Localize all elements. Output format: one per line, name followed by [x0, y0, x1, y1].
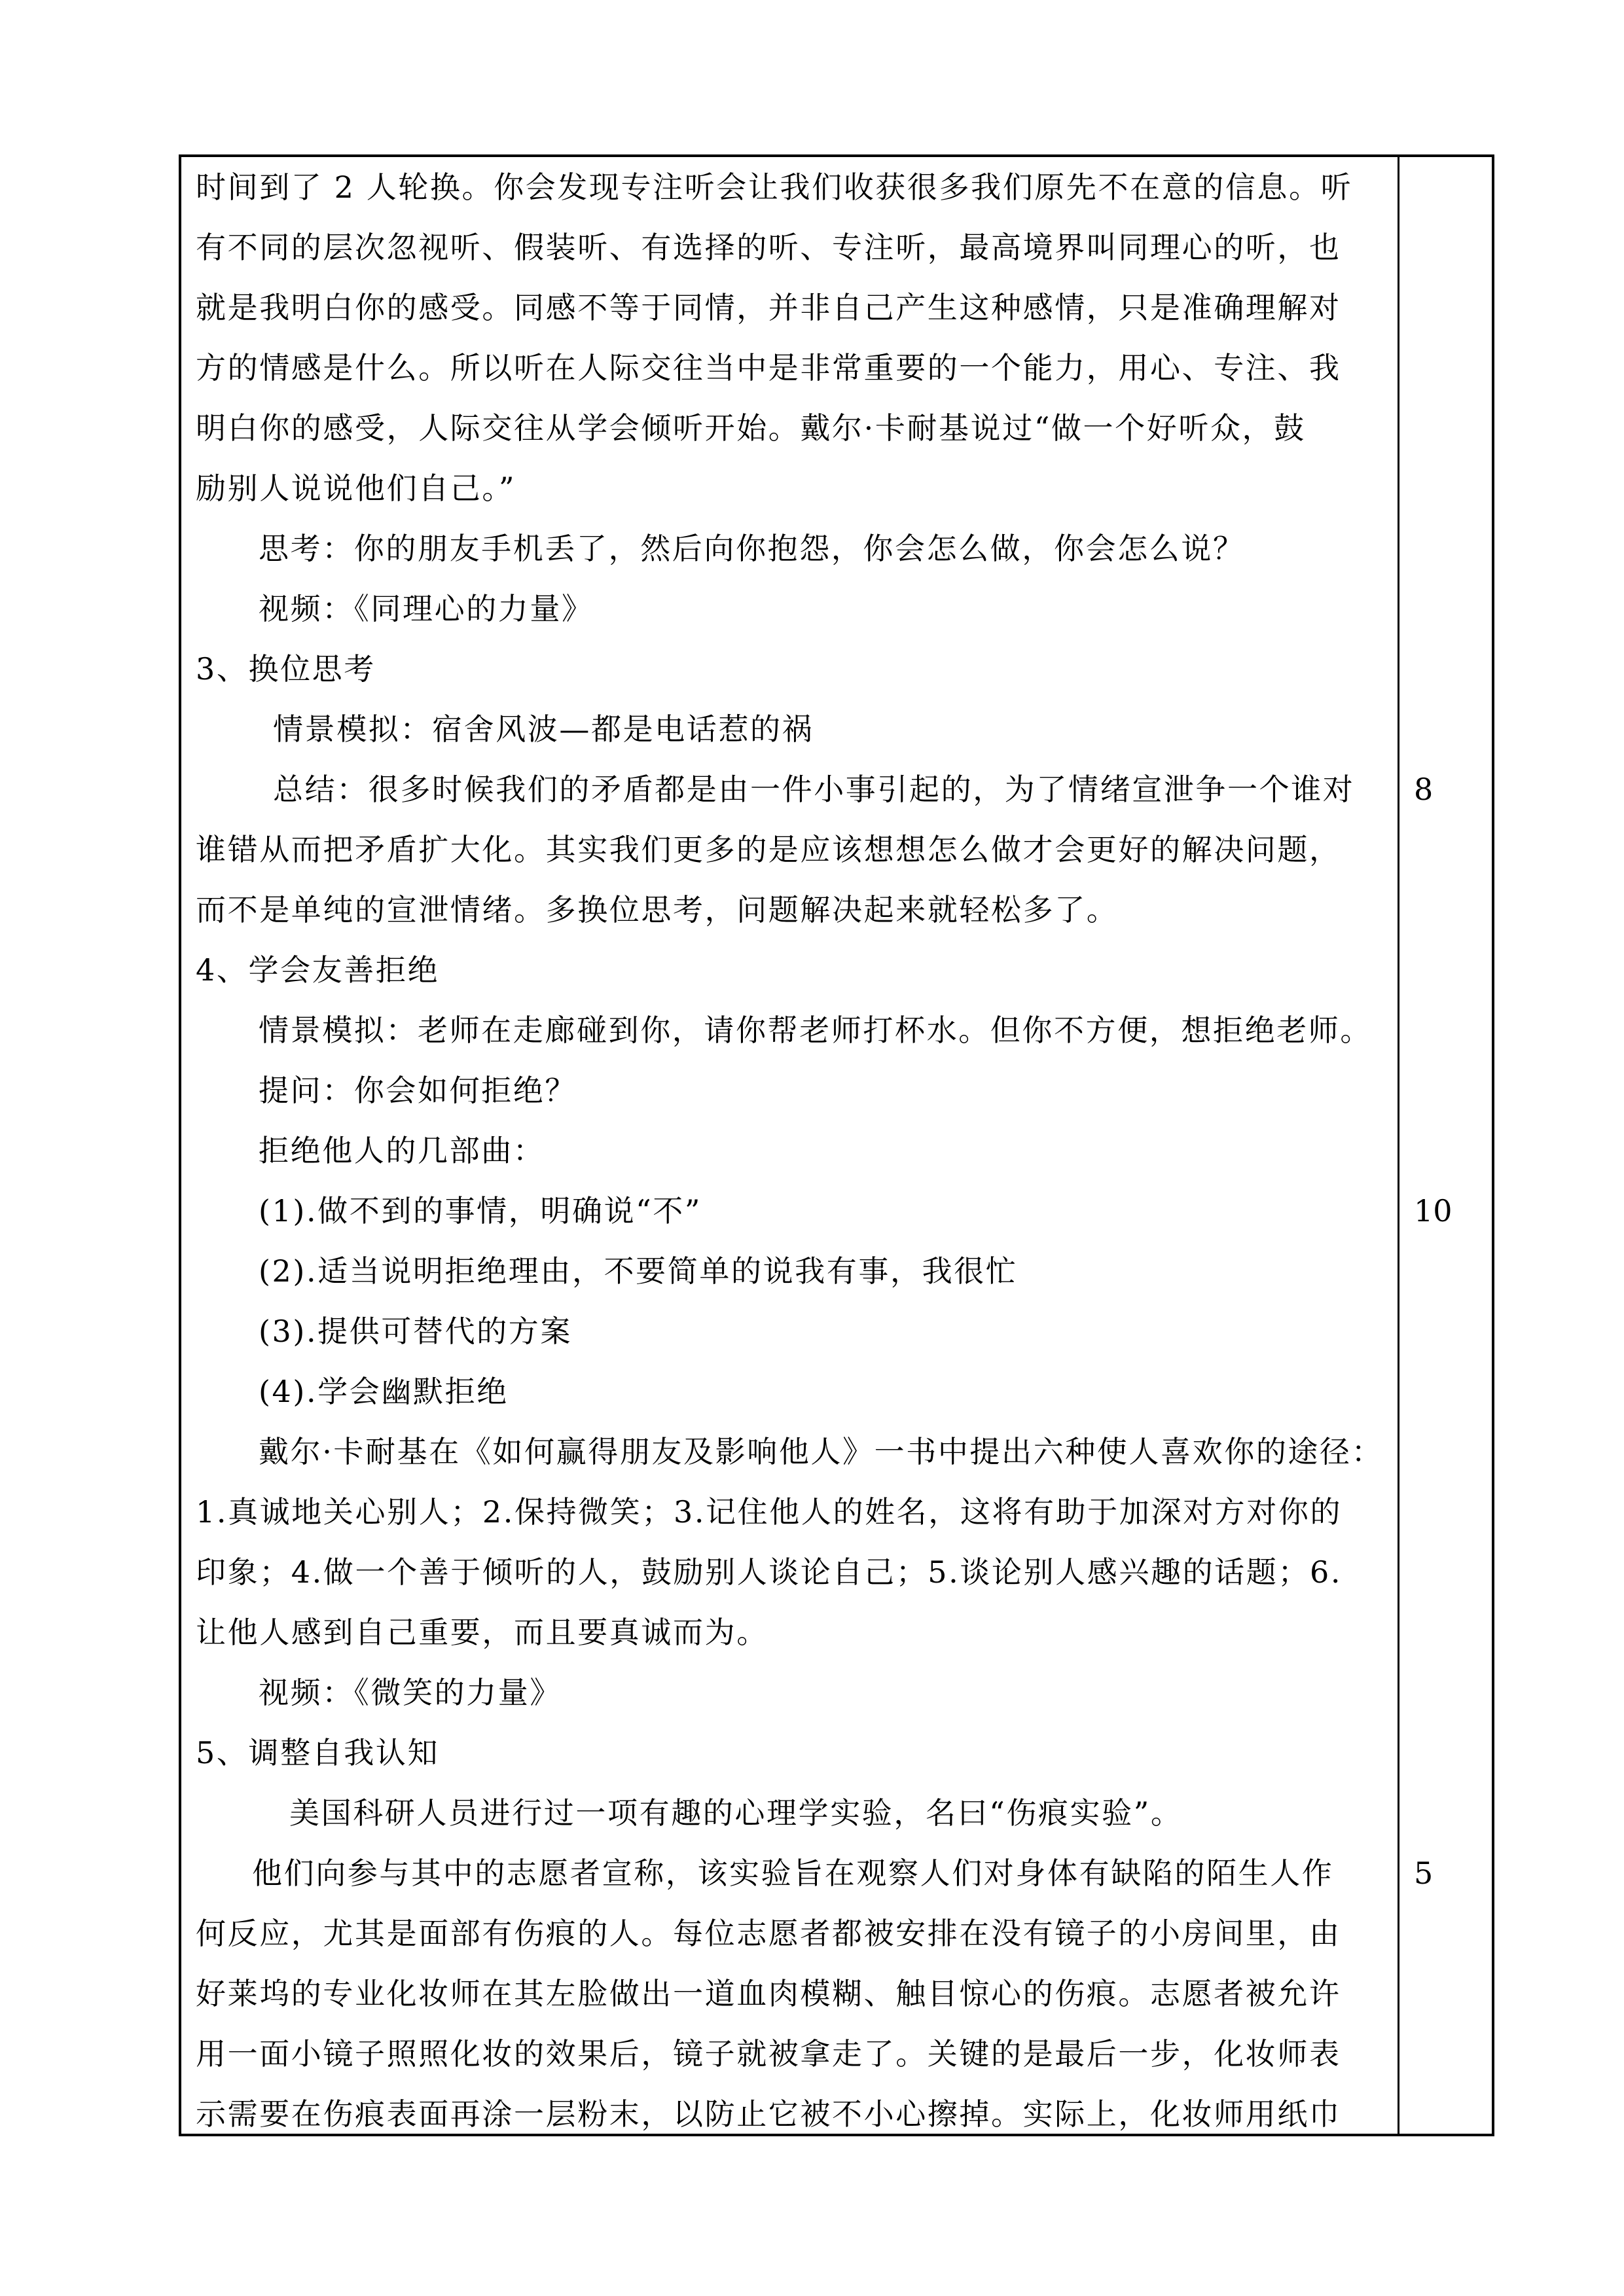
text-line: 视频：《同理心的力量》: [259, 579, 594, 639]
text-line: 明白你的感受，人际交往从学会倾听开始。戴尔·卡耐基说过“做一个好听众，鼓: [196, 398, 1306, 458]
time-minutes: 10: [1414, 1181, 1453, 1241]
text-line: 谁错从而把矛盾扩大化。其实我们更多的是应该想想怎么做才会更好的解决问题，: [196, 819, 1341, 880]
text-line: 时间到了 2 人轮换。你会发现专注听会让我们收获很多我们原先不在意的信息。听: [196, 157, 1352, 217]
text-line: 情景模拟：老师在走廊碰到你，请你帮老师打杯水。但你不方便，想拒绝老师。: [259, 1000, 1372, 1060]
text-line: 总结：很多时候我们的矛盾都是由一件小事引起的，为了情绪宣泄争一个谁对: [273, 759, 1354, 819]
text-line: 戴尔·卡耐基在《如何赢得朋友及影响他人》一书中提出六种使人喜欢你的途径：: [259, 1422, 1383, 1482]
text-line: 而不是单纯的宣泄情绪。多换位思考，问题解决起来就轻松多了。: [196, 880, 1118, 940]
text-line: 他们向参与其中的志愿者宣称，该实验旨在观察人们对身体有缺陷的陌生人作: [252, 1843, 1333, 1903]
text-line: 情景模拟：宿舍风波—都是电话惹的祸: [273, 699, 814, 759]
text-line: 就是我明白你的感受。同感不等于同情，并非自己产生这种感情，只是准确理解对: [196, 278, 1341, 338]
text-line: 好莱坞的专业化妆师在其左脸做出一道血肉模糊、触目惊心的伤痕。志愿者被允许: [196, 1964, 1341, 2024]
text-line: 何反应，尤其是面部有伤痕的人。每位志愿者都被安排在没有镜子的小房间里，由: [196, 1903, 1341, 1964]
text-line: 5、调整自我认知: [196, 1723, 439, 1783]
text-line: 励别人说说他们自己。”: [196, 458, 516, 518]
text-line: 提问：你会如何拒绝？: [259, 1060, 577, 1121]
text-line: 方的情感是什么。所以听在人际交往当中是非常重要的一个能力，用心、专注、我: [196, 338, 1341, 398]
text-line: 思考：你的朋友手机丢了，然后向你抱怨，你会怎么做，你会怎么说？: [259, 518, 1245, 579]
time-minutes: 8: [1414, 759, 1433, 819]
text-line: 用一面小镜子照照化妆的效果后，镜子就被拿走了。关键的是最后一步，化妆师表: [196, 2024, 1341, 2084]
text-line: 印象；4.做一个善于倾听的人，鼓励别人谈论自己；5.谈论别人感兴趣的话题；6.: [196, 1542, 1342, 1602]
text-line: 1.真诚地关心别人；2.保持微笑；3.记住他人的姓名，这将有助于加深对方对你的: [196, 1482, 1342, 1542]
text-line: 拒绝他人的几部曲：: [259, 1121, 545, 1181]
text-line: 让他人感到自己重要，而且要真诚而为。: [196, 1602, 768, 1662]
text-line: (1).做不到的事情，明确说“不”: [259, 1181, 702, 1241]
time-minutes: 5: [1414, 1843, 1433, 1903]
text-line: 示需要在伤痕表面再涂一层粉末，以防止它被不小心擦掉。实际上，化妆师用纸巾: [196, 2084, 1341, 2144]
text-line: 美国科研人员进行过一项有趣的心理学实验，名曰“伤痕实验”。: [289, 1783, 1182, 1843]
text-line: (3).提供可替代的方案: [259, 1301, 572, 1361]
content-cell: 时间到了 2 人轮换。你会发现专注听会让我们收获很多我们原先不在意的信息。听有不…: [181, 157, 1398, 2134]
text-line: 有不同的层次忽视听、假装听、有选择的听、专注听，最高境界叫同理心的听，也: [196, 217, 1341, 278]
text-line: (2).适当说明拒绝理由，不要简单的说我有事，我很忙: [259, 1241, 1017, 1301]
text-line: 4、学会友善拒绝: [196, 940, 439, 1000]
text-line: 3、换位思考: [196, 639, 376, 699]
lesson-plan-table: 时间到了 2 人轮换。你会发现专注听会让我们收获很多我们原先不在意的信息。听有不…: [179, 154, 1494, 2136]
text-line: (4).学会幽默拒绝: [259, 1361, 509, 1422]
time-cell: 8105: [1399, 157, 1492, 2134]
text-line: 视频：《微笑的力量》: [259, 1662, 562, 1723]
